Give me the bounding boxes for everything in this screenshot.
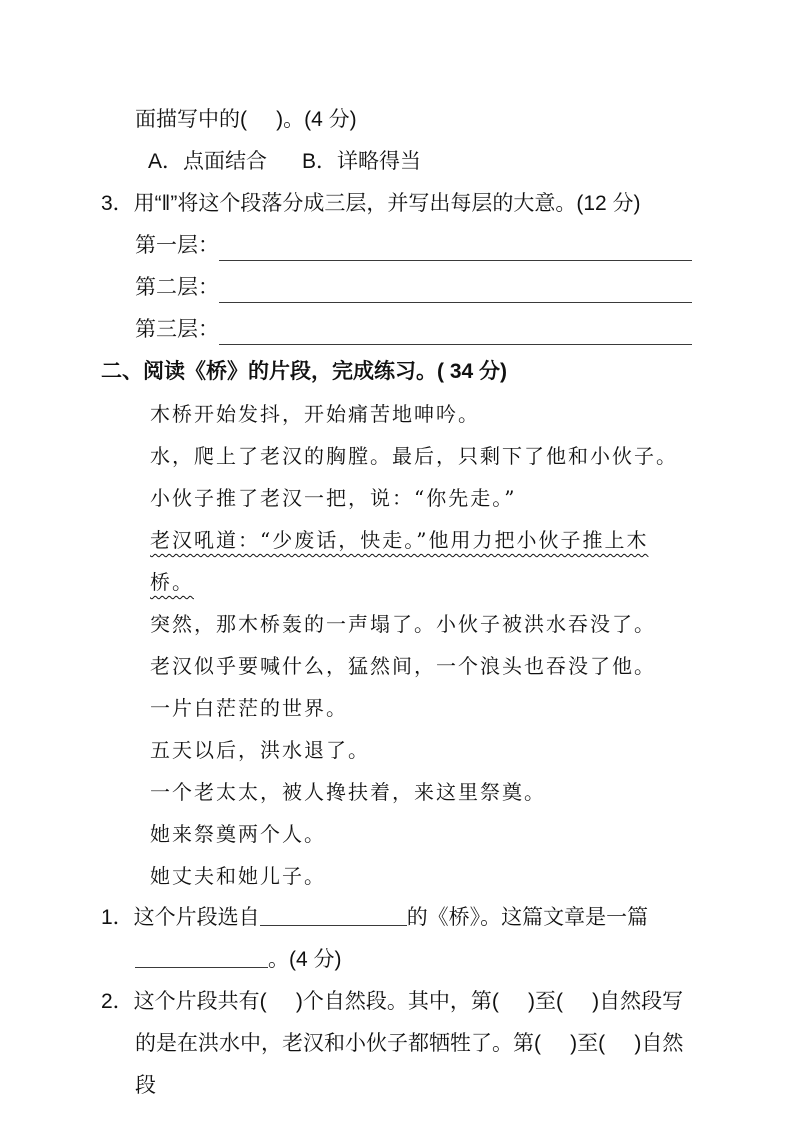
question3-stem: 3．用“‖”将这个段落分成三层，并写出每层的大意。(12 分): [101, 183, 692, 225]
passage-line: 一个老太太，被人搀扶着，来这里祭奠。: [150, 771, 692, 813]
layer3-answer-blank: [219, 314, 692, 345]
question2-line2: 的是在洪水中，老汉和小伙子都牺牲了。第( )至( )自然段: [135, 1023, 692, 1107]
passage-line: 五天以后，洪水退了。: [150, 729, 692, 771]
passage-line: 老汉似乎要喊什么，猛然间，一个浪头也吞没了他。: [150, 645, 692, 687]
passage-line: 她丈夫和她儿子。: [150, 855, 692, 897]
question1-line2-text: 。(4 分): [268, 948, 342, 971]
question1-text-after-blank: 的《桥》。这篇文章是一篇: [407, 906, 649, 929]
layer1-label: 第一层：: [135, 225, 219, 267]
layer2-answer-blank: [219, 272, 692, 303]
question1-line1: 1．这个片段选自的《桥》。这篇文章是一篇: [101, 897, 692, 939]
passage-line: 一片白茫茫的世界。: [150, 687, 692, 729]
passage-line: 突然，那木桥轰的一声塌了。小伙子被洪水吞没了。: [150, 603, 692, 645]
layer1-answer-blank: [219, 230, 692, 261]
layer2-label: 第二层：: [135, 267, 219, 309]
choice-options-line: A．点面结合 B．详略得当: [148, 141, 692, 183]
passage-line-wavy-underline: 老汉吼道：“少废话，快走。”他用力把小伙子推上木桥。: [150, 519, 692, 603]
passage-line: 木桥开始发抖，开始痛苦地呻吟。: [150, 393, 692, 435]
question1-text-before-blank: 1．这个片段选自: [101, 906, 260, 929]
carryover-question-line: 面描写中的( )。(4 分): [135, 99, 692, 141]
question2-line1: 2．这个片段共有( )个自然段。其中，第( )至( )自然段写: [101, 981, 692, 1023]
question1-line2: 。(4 分): [135, 939, 692, 981]
worksheet-page: 面描写中的( )。(4 分) A．点面结合 B．详略得当 3．用“‖”将这个段落…: [0, 0, 793, 1122]
layer3-label: 第三层：: [135, 309, 219, 351]
question1-blank-1: [260, 904, 407, 926]
layer-row-1: 第一层：: [135, 225, 692, 267]
passage-line: 她来祭奠两个人。: [150, 813, 692, 855]
passage: 木桥开始发抖，开始痛苦地呻吟。 水，爬上了老汉的胸膛。最后，只剩下了他和小伙子。…: [101, 393, 692, 897]
passage-line: 小伙子推了老汉一把，说：“你先走。”: [150, 477, 692, 519]
passage-line: 水，爬上了老汉的胸膛。最后，只剩下了他和小伙子。: [150, 435, 692, 477]
layer-row-3: 第三层：: [135, 309, 692, 351]
layer-row-2: 第二层：: [135, 267, 692, 309]
question1-blank-2: [135, 946, 268, 968]
section2-heading: 二、阅读《桥》的片段，完成练习。( 34 分): [101, 351, 692, 393]
